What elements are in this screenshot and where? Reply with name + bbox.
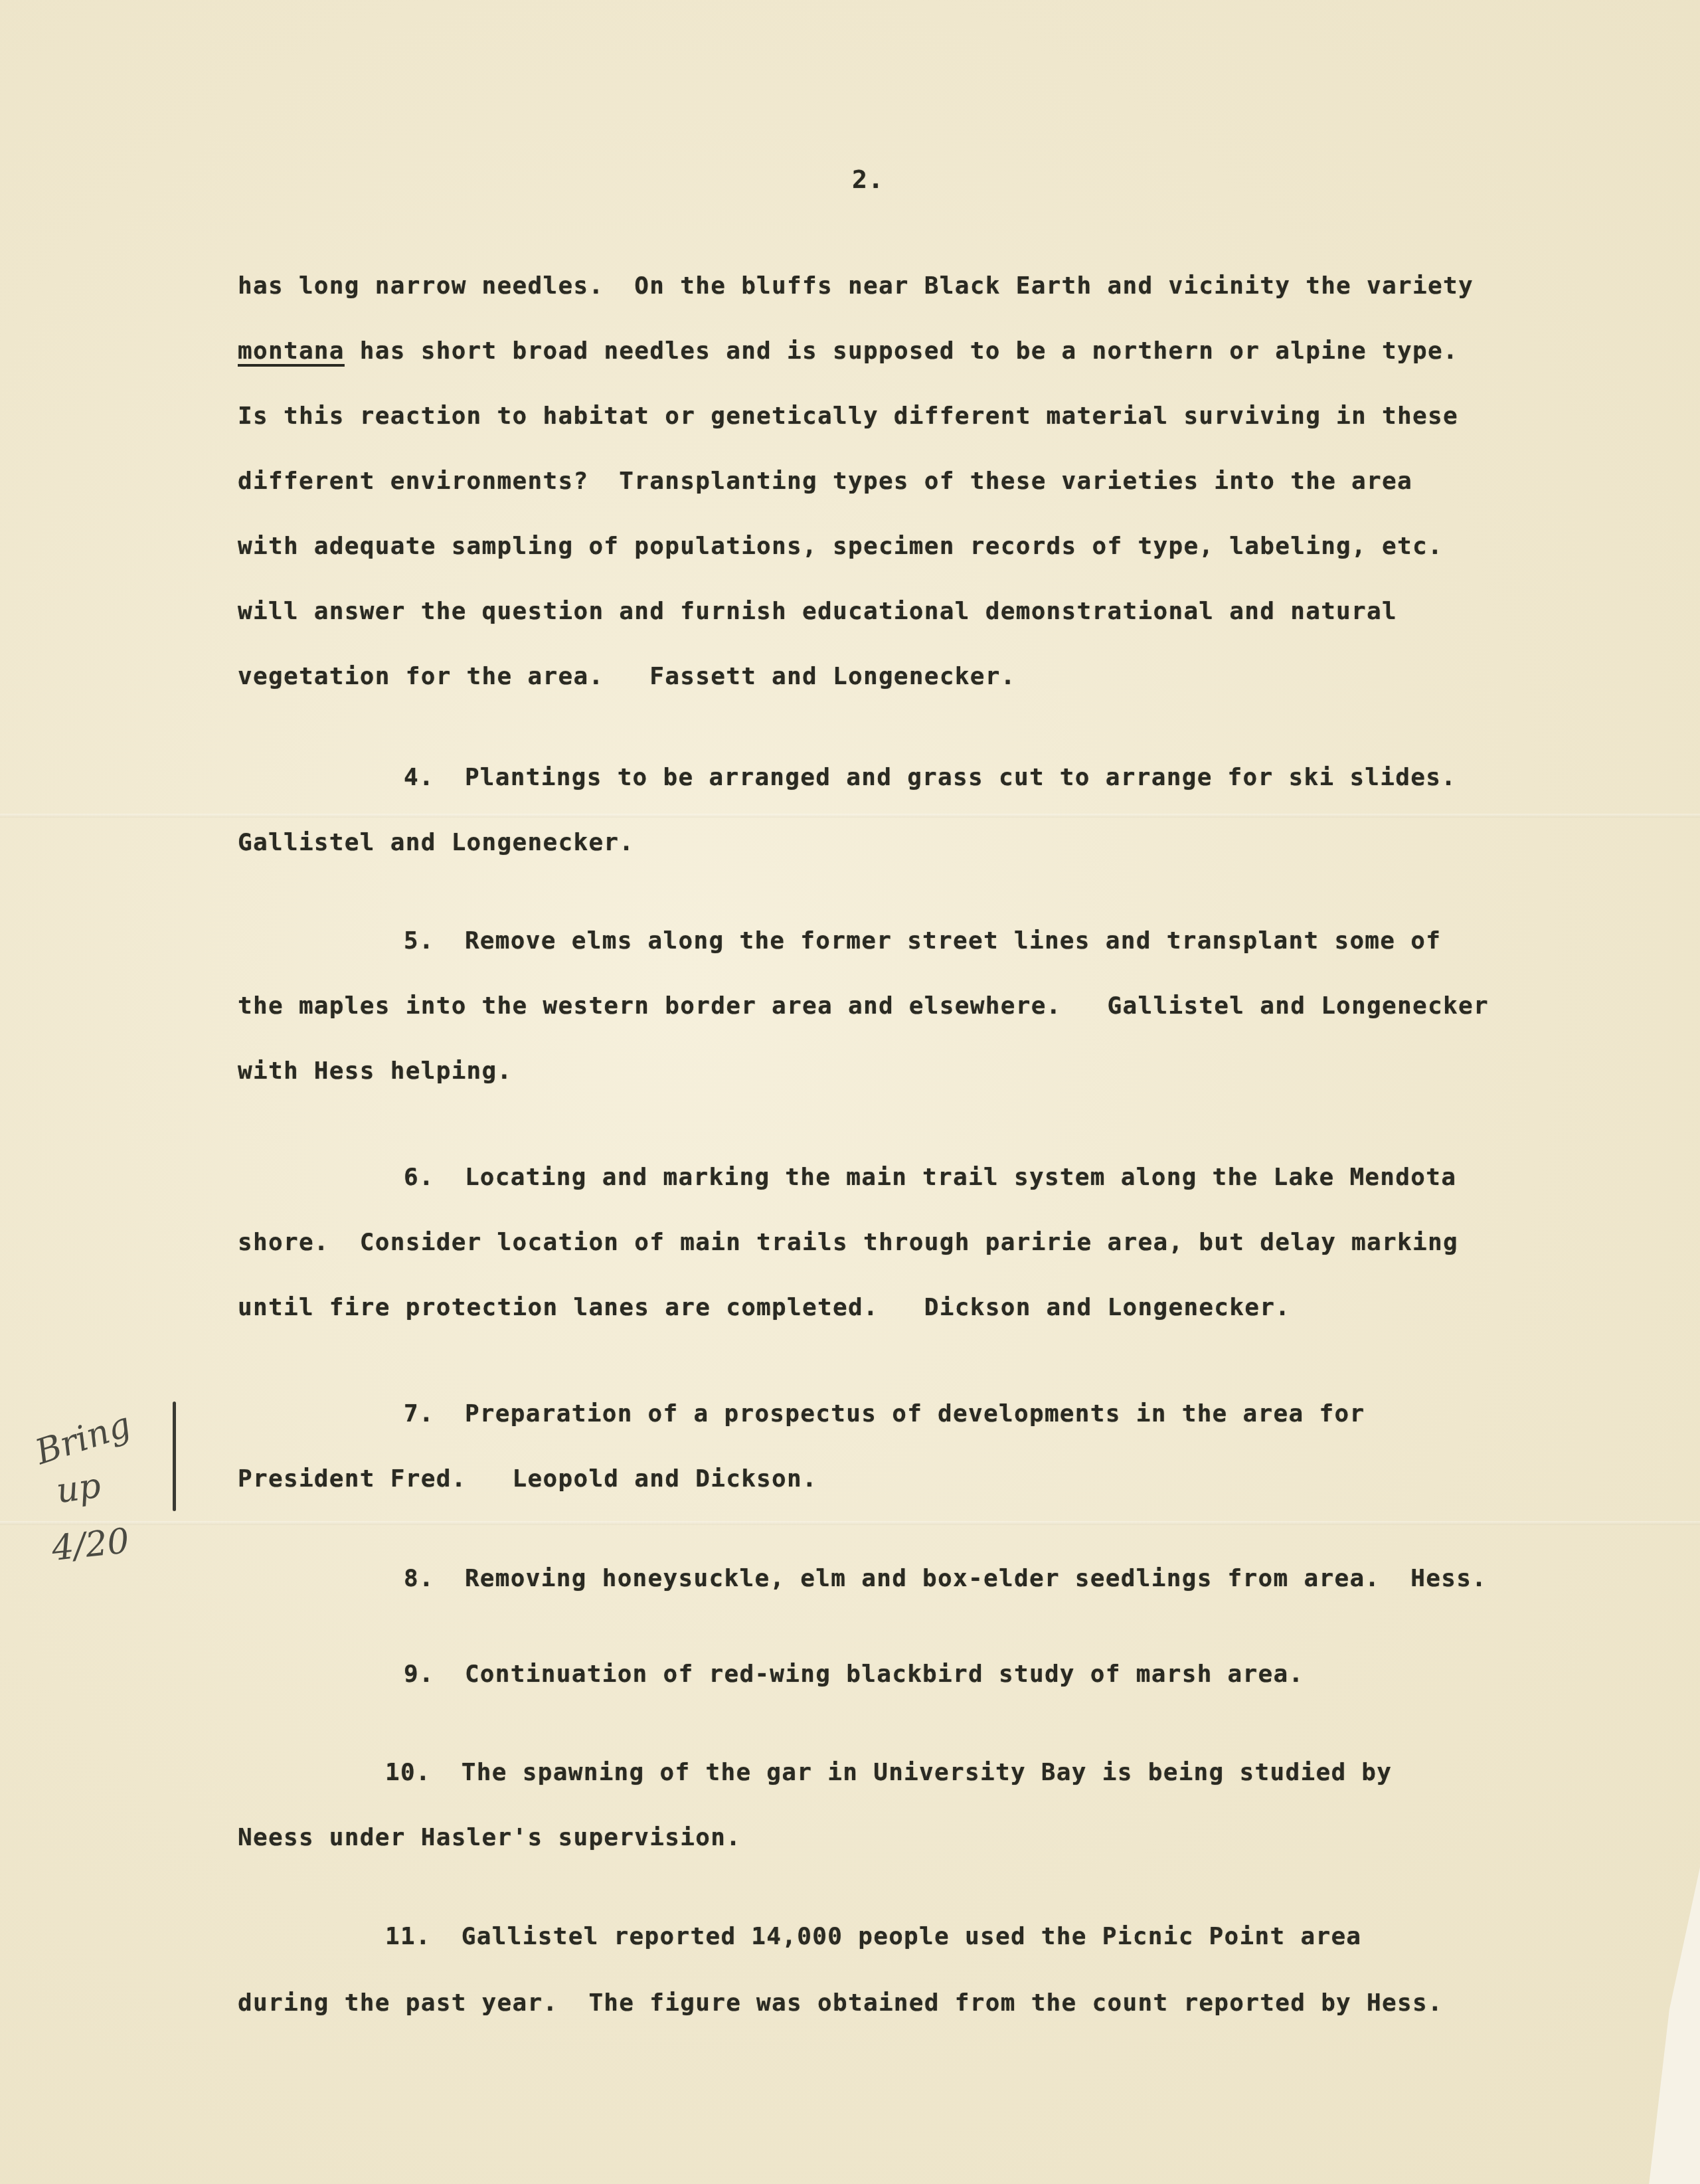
typed-line: President Fred. Leopold and Dickson.	[238, 1465, 817, 1493]
typed-line: 7. Preparation of a prospectus of develo…	[404, 1400, 1365, 1427]
typed-line: 6. Locating and marking the main trail s…	[404, 1164, 1456, 1191]
typed-line: 9. Continuation of red-wing blackbird st…	[404, 1661, 1304, 1688]
typed-line: will answer the question and furnish edu…	[238, 598, 1397, 625]
margin-note-line2: up	[54, 1469, 103, 1509]
typed-line: during the past year. The figure was obt…	[238, 1989, 1443, 2017]
typed-line: shore. Consider location of main trails …	[238, 1229, 1458, 1256]
margin-mark-line	[173, 1402, 176, 1511]
typed-line: 5. Remove elms along the former street l…	[404, 927, 1441, 955]
paper-sheet	[0, 0, 1700, 2184]
underlined-term: montana	[238, 337, 345, 365]
paper-fold-crease	[0, 1521, 1700, 1525]
typed-line: 11. Gallistel reported 14,000 people use…	[385, 1923, 1361, 1950]
typed-line: 4. Plantings to be arranged and grass cu…	[404, 764, 1456, 791]
typed-line: Neess under Hasler's supervision.	[238, 1824, 741, 1851]
typed-line: vegetation for the area. Fassett and Lon…	[238, 663, 1016, 690]
page-number: 2.	[852, 165, 884, 194]
typed-line: with Hess helping.	[238, 1057, 513, 1085]
typed-line: 8. Removing honeysuckle, elm and box-eld…	[404, 1565, 1487, 1592]
typed-line: with adequate sampling of populations, s…	[238, 533, 1443, 560]
typed-line: Gallistel and Longenecker.	[238, 829, 634, 856]
typed-line: Is this reaction to habitat or genetical…	[238, 403, 1458, 430]
typed-line: the maples into the western border area …	[238, 992, 1489, 1020]
typed-line: has long narrow needles. On the bluffs n…	[238, 272, 1474, 300]
margin-note-date: 4/20	[50, 1524, 131, 1566]
typed-line: until fire protection lanes are complete…	[238, 1294, 1290, 1321]
typed-line: different environments? Transplanting ty…	[238, 468, 1412, 495]
paper-fold-crease	[0, 814, 1700, 818]
typed-line: montana has short broad needles and is s…	[238, 337, 1458, 365]
typed-line: 10. The spawning of the gar in Universit…	[385, 1759, 1392, 1786]
